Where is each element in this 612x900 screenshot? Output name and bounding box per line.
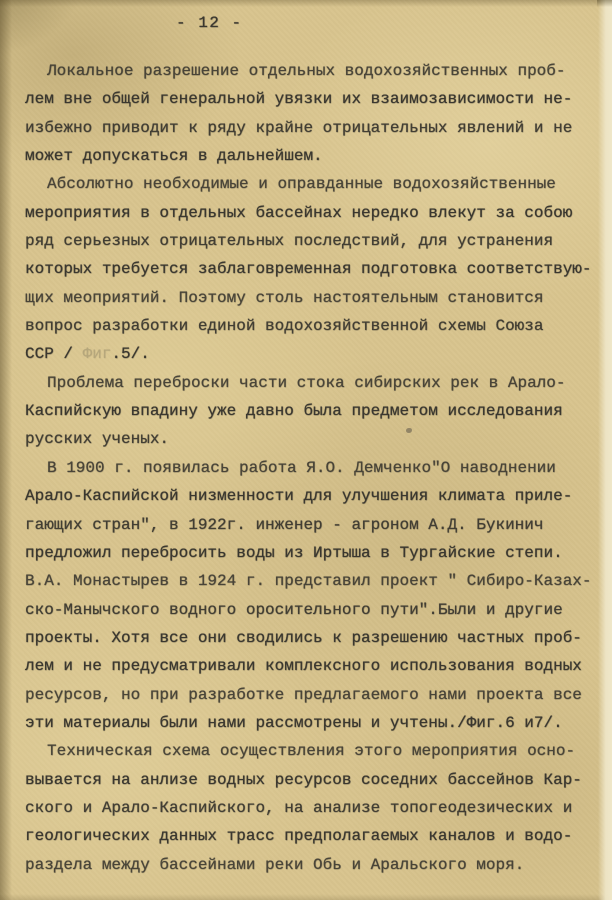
scan-top-edge-shadow bbox=[0, 0, 612, 7]
text-line: ССР / Фиг.5/. bbox=[25, 340, 610, 368]
typewritten-paragraph: Техническая схема осуществления этого ме… bbox=[25, 737, 610, 879]
text-line: ряд серьезных отрицательных последствий,… bbox=[25, 227, 610, 255]
text-line: Арало-Каспийской низменности для улучшен… bbox=[25, 482, 610, 510]
text-line: геологических данных трасс предполагаемы… bbox=[25, 822, 610, 850]
text-line: раздела между бассейнами реки Обь и Арал… bbox=[25, 851, 610, 879]
text-line: ско-Манычского водного оросительного пут… bbox=[25, 596, 610, 624]
text-line: В 1900 г. появилась работа Я.О. Демченко… bbox=[25, 454, 610, 482]
text-line: Каспийскую впадину уже давно была предме… bbox=[25, 397, 610, 425]
text-line: лем вне общей генеральной увязки их взаи… bbox=[25, 85, 610, 113]
typewritten-paragraph: В 1900 г. появилась работа Я.О. Демченко… bbox=[25, 454, 610, 737]
text-line: русских ученых. bbox=[25, 425, 610, 453]
text-line: ского и Арало-Каспийского, на анализе то… bbox=[25, 794, 610, 822]
scan-top-right-notch bbox=[597, 0, 612, 7]
text-line: Локальное разрешение отдельных водохозяй… bbox=[25, 57, 610, 85]
page-number: - 12 - bbox=[176, 14, 243, 32]
text-line: В.А. Монастырев в 1924 г. представил про… bbox=[25, 567, 610, 595]
text-line: вопрос разработки единой водохозяйственн… bbox=[25, 312, 610, 340]
typewritten-paragraph: Абсолютно необходимые и оправданные водо… bbox=[25, 170, 610, 368]
scan-bottom-edge-shadow bbox=[0, 894, 612, 900]
text-segment: .5/. bbox=[111, 345, 149, 363]
text-line: лем и не предусматривали комплексного ис… bbox=[25, 652, 610, 680]
text-line: ресурсов, но при разработке предлагаемог… bbox=[25, 681, 610, 709]
text-line: которых требуется заблаговременная подго… bbox=[25, 255, 610, 283]
text-segment: ССР / bbox=[25, 345, 83, 363]
text-line: вывается на анлизе водных ресурсов сосед… bbox=[25, 766, 610, 794]
typewritten-paragraph: Локальное разрешение отдельных водохозяй… bbox=[25, 57, 610, 170]
text-line: проекты. Хотя все они сводились к разреш… bbox=[25, 624, 610, 652]
text-line: гающих стран", в 1922г. инженер - агроно… bbox=[25, 511, 610, 539]
typewritten-paragraph: Проблема переброски части стока сибирски… bbox=[25, 369, 610, 454]
faded-text-segment: Фиг bbox=[83, 345, 112, 363]
text-line: щих меоприятий. Поэтому столь настоятель… bbox=[25, 284, 610, 312]
text-line: мероприятия в отдельных бассейнах нередк… bbox=[25, 199, 610, 227]
document-body: Локальное разрешение отдельных водохозяй… bbox=[25, 57, 610, 879]
text-line: Проблема переброски части стока сибирски… bbox=[25, 369, 610, 397]
scan-left-edge-shadow bbox=[0, 0, 12, 900]
document-page: - 12 - Локальное разрешение отдельных во… bbox=[0, 0, 612, 900]
text-line: Техническая схема осуществления этого ме… bbox=[25, 737, 610, 765]
text-line: избежно приводит к ряду крайне отрицател… bbox=[25, 114, 610, 142]
text-line: эти материалы были нами рассмотрены и уч… bbox=[25, 709, 610, 737]
text-line: может допускаться в дальнейшем. bbox=[25, 142, 610, 170]
text-line: предложил перебросить воды из Иртыша в Т… bbox=[25, 539, 610, 567]
text-line: Абсолютно необходимые и оправданные водо… bbox=[25, 170, 610, 198]
